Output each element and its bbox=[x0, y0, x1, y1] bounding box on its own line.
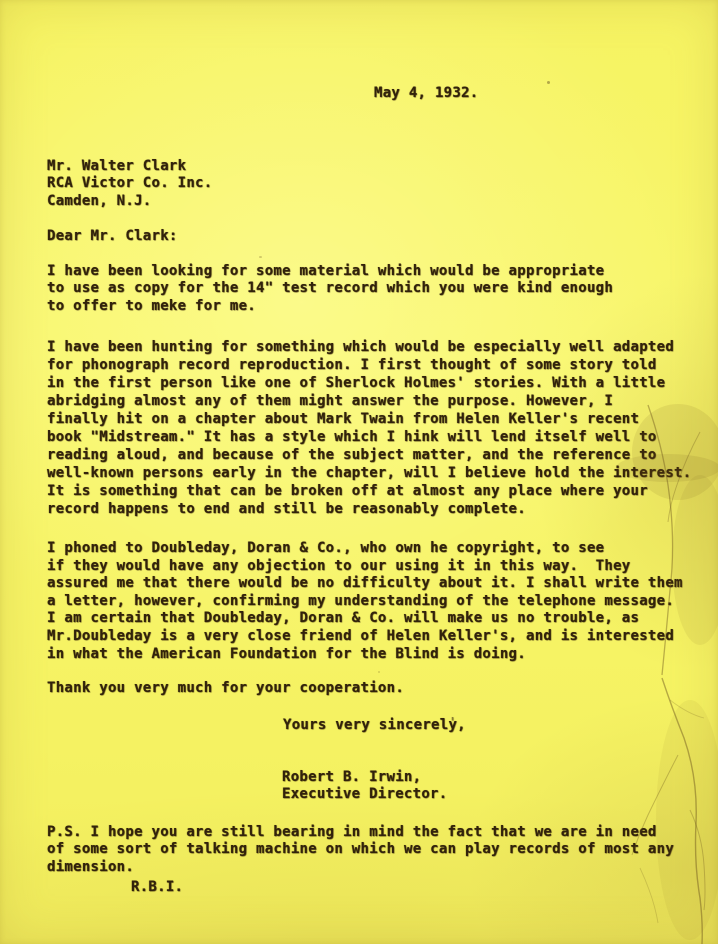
letter-page: May 4, 1932. Mr. Walter Clark RCA Victor… bbox=[0, 0, 718, 944]
letter-date: May 4, 1932. bbox=[374, 85, 479, 102]
signature-block: Robert B. Irwin, Executive Director. bbox=[282, 769, 447, 804]
body-paragraph-1: I have been looking for some material wh… bbox=[47, 263, 613, 315]
thank-you-line: Thank you very much for your cooperation… bbox=[47, 680, 404, 697]
stray-apostrophe-mark: ' bbox=[449, 714, 456, 731]
postscript-initials: R.B.I. bbox=[131, 879, 183, 896]
body-paragraph-2: I have been hunting for something which … bbox=[47, 338, 691, 518]
salutation: Dear Mr. Clark: bbox=[47, 228, 178, 245]
paper-speck bbox=[547, 81, 550, 84]
paper-speck bbox=[259, 256, 262, 258]
recipient-address: Mr. Walter Clark RCA Victor Co. Inc. Cam… bbox=[47, 158, 212, 210]
paper-speck bbox=[378, 671, 380, 673]
postscript-block: P.S. I hope you are still bearing in min… bbox=[47, 824, 674, 876]
complimentary-close: Yours very sincerely, bbox=[283, 717, 466, 734]
body-paragraph-3: I phoned to Doubleday, Doran & Co., who … bbox=[47, 540, 683, 663]
